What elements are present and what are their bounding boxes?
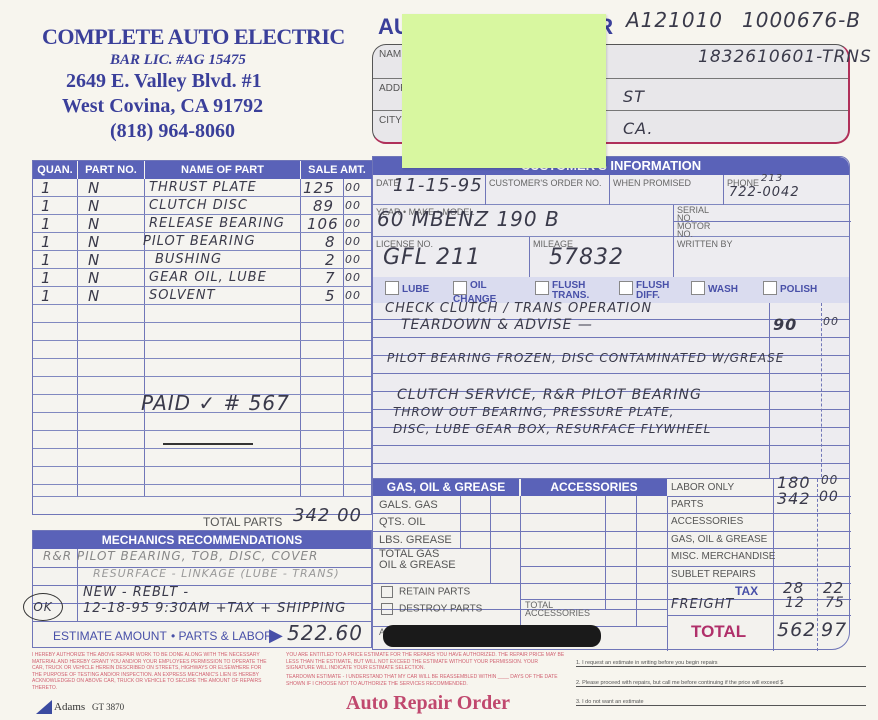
estimate-option-2[interactable]: 2. Please proceed with repairs, but call… bbox=[576, 680, 866, 687]
table-row: 1 N RELEASE BEARING 106 00 bbox=[33, 215, 371, 233]
adams-logo-icon bbox=[36, 700, 52, 714]
work-line: DISC, LUBE GEAR BOX, RESURFACE FLYWHEEL bbox=[393, 422, 711, 436]
col-quantity: QUAN. bbox=[33, 161, 77, 179]
work-line: PILOT BEARING FROZEN, DISC CONTAMINATED … bbox=[387, 351, 784, 365]
gals-gas-label: GALS. GAS bbox=[379, 499, 438, 511]
customer-address-value: ST bbox=[623, 87, 645, 106]
recommendation-line: NEW - REBLT - bbox=[83, 585, 189, 600]
table-row: 1 N CLUTCH DISC 89 00 bbox=[33, 197, 371, 215]
written-by-label: WRITTEN BY bbox=[677, 239, 733, 249]
polish-checkbox[interactable]: POLISH bbox=[763, 281, 817, 295]
business-name: COMPLETE AUTO ELECTRIC bbox=[42, 24, 345, 50]
labor-only-label: LABOR ONLY bbox=[671, 482, 734, 493]
vehicle-value: 60 MBENZ 190 B bbox=[377, 207, 560, 231]
phone-value: 722-0042 bbox=[729, 185, 800, 200]
tax-label: TAX bbox=[735, 584, 758, 598]
estimate-value: 522.60 bbox=[287, 621, 363, 645]
customer-information-panel: CUSTOMER'S INFORMATION DATE 11-15-95 CUS… bbox=[372, 156, 850, 486]
sublet-repairs-label: SUBLET REPAIRS bbox=[671, 569, 756, 580]
when-promised-label: WHEN PROMISED bbox=[613, 178, 691, 188]
motor-no-label: MOTOR NO. bbox=[677, 222, 707, 238]
business-phone: (818) 964-8060 bbox=[110, 120, 235, 143]
estimate-option-3[interactable]: 3. I do not want an estimate bbox=[576, 699, 866, 706]
accessories-total-label: ACCESSORIES bbox=[671, 516, 743, 527]
destroy-parts-checkbox[interactable]: DESTROY PARTS bbox=[381, 603, 482, 615]
service-checkboxes: LUBE OIL CHANGE FLUSH TRANS. FLUSH DIFF.… bbox=[373, 277, 849, 303]
freight-amount: 12 bbox=[785, 595, 805, 611]
total-accessories-label: TOTAL ACCESSORIES bbox=[525, 601, 605, 617]
paid-note: PAID ✓ # 567 bbox=[141, 391, 290, 415]
accessories-title: ACCESSORIES bbox=[521, 479, 667, 496]
table-row: 1 N PILOT BEARING 8 00 bbox=[33, 233, 371, 251]
gas-oil-grease-total-label: GAS, OIL & GREASE bbox=[671, 534, 767, 545]
brand-name: Adams bbox=[54, 701, 85, 713]
license-no-value: GFL 211 bbox=[383, 245, 481, 270]
teardown-amount: 90 bbox=[773, 315, 797, 334]
recommendations-title: MECHANICS RECOMMENDATIONS bbox=[33, 531, 371, 549]
estimate-amount-label: ESTIMATE AMOUNT bbox=[53, 629, 167, 643]
teardown-text: TEARDOWN ESTIMATE - I UNDERSTAND THAT MY… bbox=[286, 674, 566, 687]
business-address: 2649 E. Valley Blvd. #1 bbox=[66, 70, 262, 93]
retain-parts-checkbox[interactable]: RETAIN PARTS bbox=[381, 586, 470, 598]
redacted-signature bbox=[383, 625, 601, 647]
freight-cents: 75 bbox=[825, 595, 845, 611]
parts-labor-label: • PARTS & LABOR bbox=[171, 629, 273, 643]
total-parts-value: 342 00 bbox=[293, 505, 362, 526]
business-license: BAR LIC. #AG 15475 bbox=[110, 52, 246, 69]
customer-city-label: CITY bbox=[379, 115, 402, 126]
customer-city-value: CA. bbox=[623, 119, 654, 138]
total-gas-oil-grease-label: TOTAL GAS OIL & GREASE bbox=[379, 549, 459, 571]
grand-total-label: TOTAL bbox=[691, 622, 746, 642]
table-row: 1 N THRUST PLATE 125 00 bbox=[33, 179, 371, 197]
wash-checkbox[interactable]: WASH bbox=[691, 281, 738, 295]
recommendation-line: 12-18-95 9:30AM +TAX + SHIPPING bbox=[83, 601, 346, 616]
totals-section: GAS, OIL & GREASE ACCESSORIES GALS. GAS … bbox=[372, 478, 850, 650]
work-line: TEARDOWN & ADVISE — bbox=[401, 317, 593, 333]
arrow-right-icon: ▶ bbox=[269, 625, 283, 646]
col-part-name: NAME OF PART bbox=[145, 161, 300, 179]
qts-oil-label: QTS. OIL bbox=[379, 516, 425, 528]
parts-label: PARTS bbox=[671, 499, 703, 510]
col-sale-amount: SALE AMT. bbox=[301, 161, 373, 179]
parts-cents: 00 bbox=[819, 489, 839, 505]
col-part-no: PART NO. bbox=[78, 161, 144, 179]
table-row: 1 N BUSHING 2 00 bbox=[33, 251, 371, 269]
estimate-option-1[interactable]: 1. I request an estimate in writing befo… bbox=[576, 660, 866, 667]
recommendation-line: RESURFACE - LINKAGE (LUBE - TRANS) bbox=[93, 567, 340, 580]
table-row: 1 N SOLVENT 5 00 bbox=[33, 287, 371, 305]
work-line: CHECK CLUTCH / TRANS OPERATION bbox=[385, 301, 652, 316]
handwritten-reference: 1000676-B bbox=[742, 8, 861, 32]
serial-no-label: SERIAL NO. bbox=[677, 206, 707, 222]
handwritten-reference: A121010 bbox=[626, 8, 723, 32]
order-no-label: CUSTOMER'S ORDER NO. bbox=[489, 178, 602, 188]
flush-diff-checkbox[interactable]: FLUSH DIFF. bbox=[619, 281, 679, 301]
gas-oil-grease-title: GAS, OIL & GREASE bbox=[373, 479, 519, 496]
grand-total-cents: 97 bbox=[821, 619, 847, 641]
lube-checkbox[interactable]: LUBE bbox=[385, 281, 429, 295]
grand-total-amount: 562 bbox=[777, 619, 816, 641]
lbs-grease-label: LBS. GREASE bbox=[379, 534, 452, 546]
freight-label: FREIGHT bbox=[671, 597, 734, 612]
total-parts-label: TOTAL PARTS bbox=[203, 515, 282, 529]
authorization-text: I HEREBY AUTHORIZE THE ABOVE REPAIR WORK… bbox=[32, 652, 272, 691]
business-city: West Covina, CA 91792 bbox=[62, 95, 263, 118]
mechanics-recommendations: MECHANICS RECOMMENDATIONS R&R PILOT BEAR… bbox=[32, 530, 372, 648]
parts-table: QUAN. PART NO. NAME OF PART SALE AMT. 1 … bbox=[32, 160, 372, 515]
flush-trans-checkbox[interactable]: FLUSH TRANS. bbox=[535, 281, 595, 301]
work-line: CLUTCH SERVICE, R&R PILOT BEARING bbox=[397, 387, 702, 403]
work-line: THROW OUT BEARING, PRESSURE PLATE, bbox=[393, 405, 674, 419]
table-row: 1 N GEAR OIL, LUBE 7 00 bbox=[33, 269, 371, 287]
handwritten-reference: 1832610601-TRNS bbox=[698, 47, 872, 67]
parts-amount: 342 bbox=[777, 489, 811, 508]
form-code: GT 3870 bbox=[92, 702, 124, 712]
teardown-cents: 00 bbox=[823, 315, 839, 328]
estimate-rights-text: YOU ARE ENTITLED TO A PRICE ESTIMATE FOR… bbox=[286, 652, 566, 672]
sticky-note bbox=[402, 14, 606, 168]
recommendation-line: R&R PILOT BEARING, TOB, DISC, COVER bbox=[43, 549, 318, 563]
phone-area-code: 213 bbox=[761, 173, 783, 184]
mileage-value: 57832 bbox=[549, 245, 624, 270]
footer-title: Auto Repair Order bbox=[346, 692, 510, 715]
labor-only-cents: 00 bbox=[821, 473, 838, 487]
date-value: 11-15-95 bbox=[393, 175, 483, 196]
ok-mark: OK bbox=[23, 593, 63, 621]
misc-merchandise-label: MISC. MERCHANDISE bbox=[671, 551, 775, 562]
